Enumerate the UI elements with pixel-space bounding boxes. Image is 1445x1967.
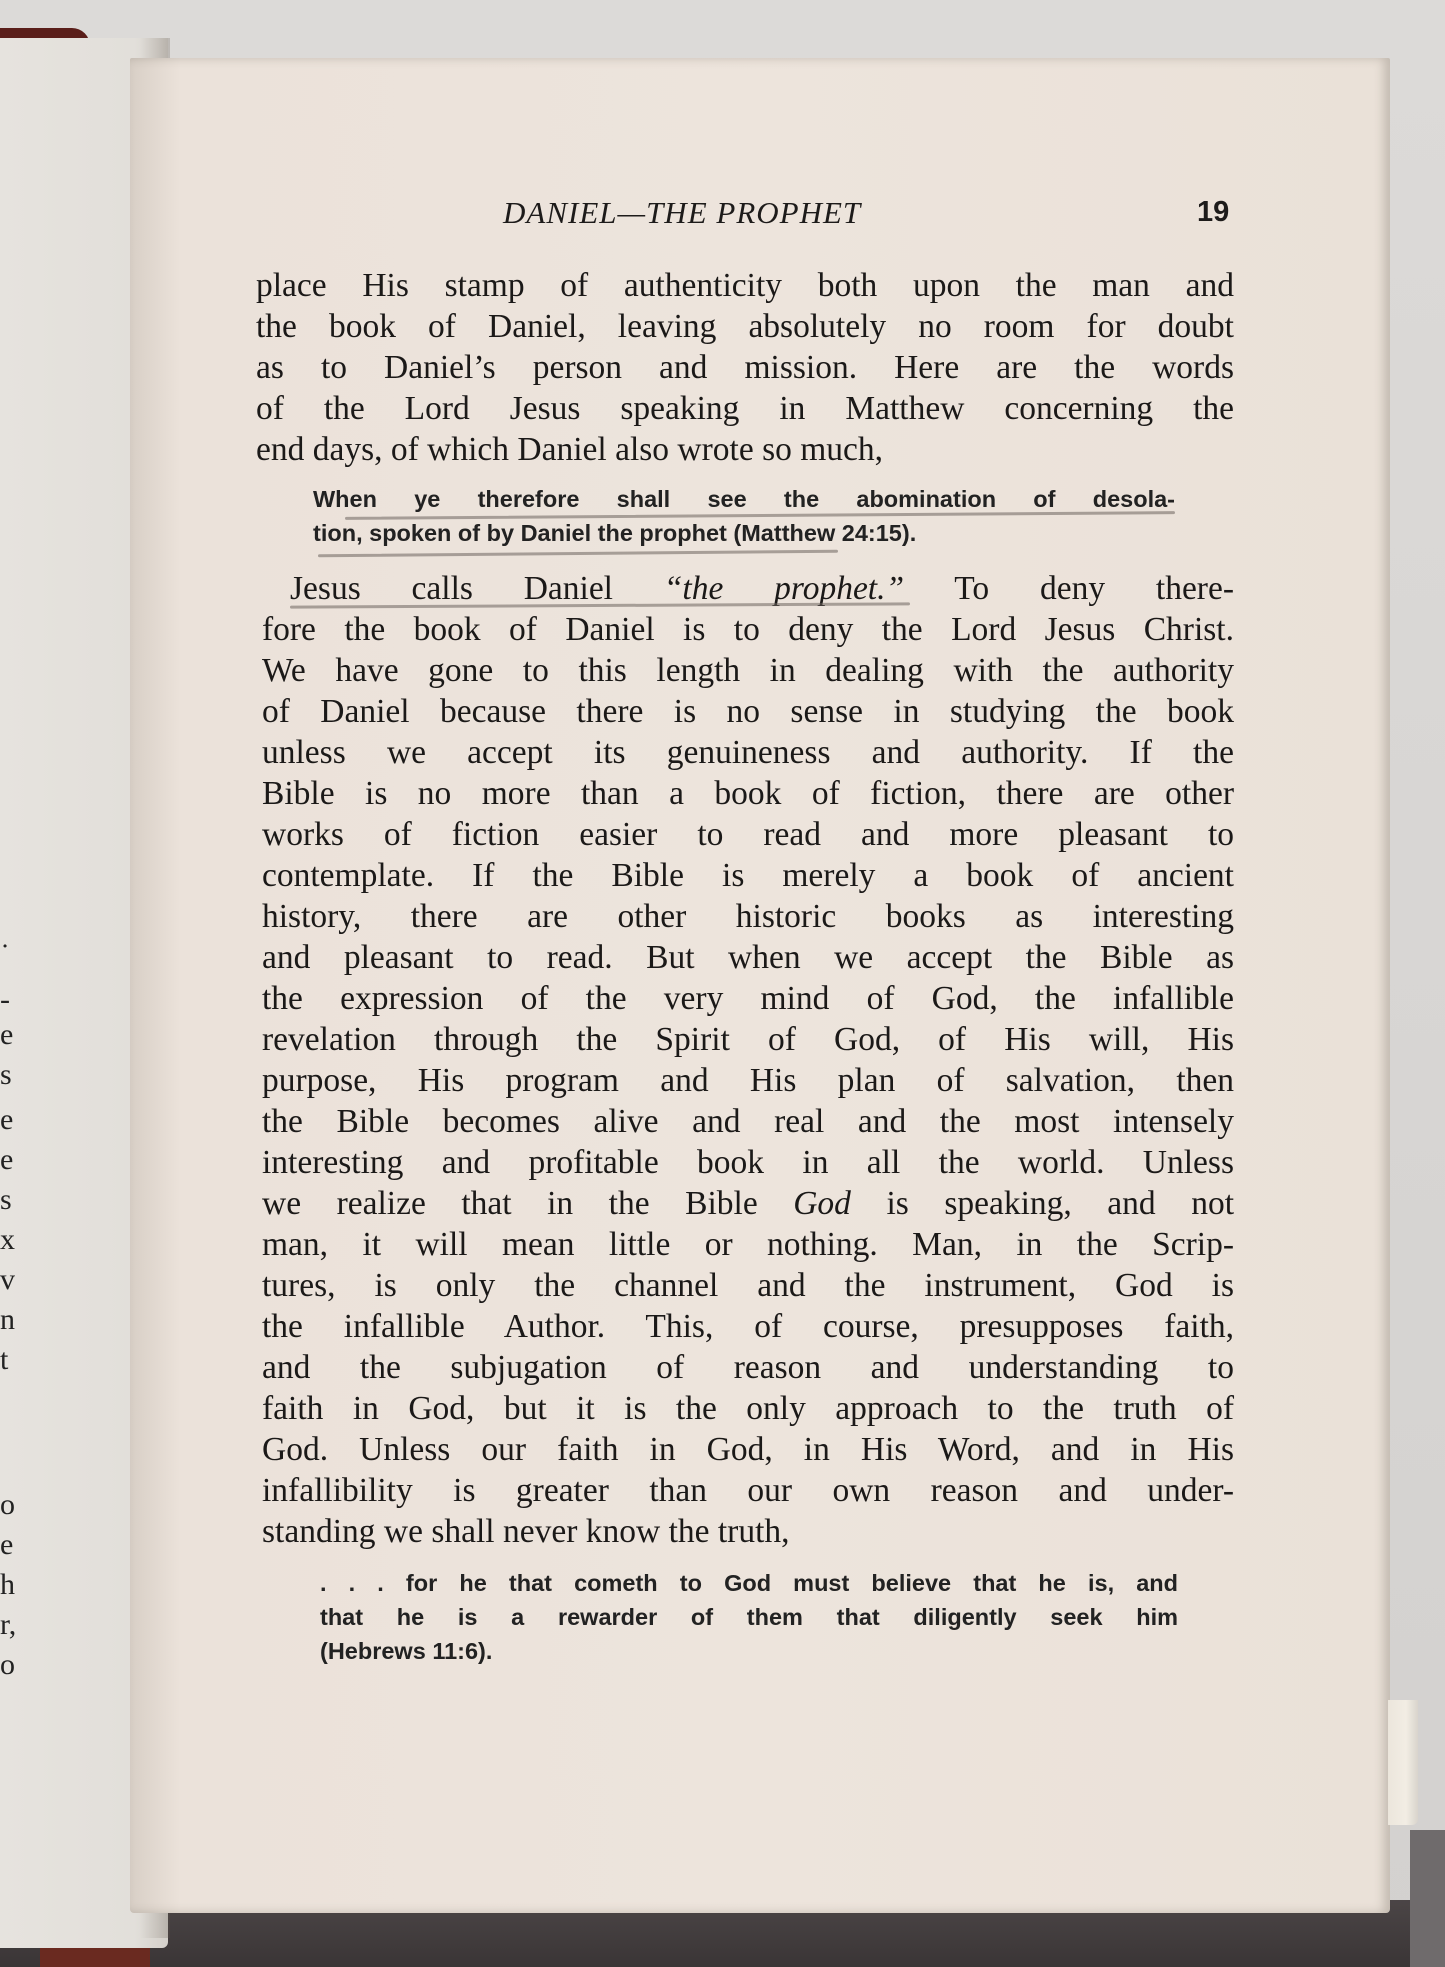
facing-page-fragment: e (0, 1105, 13, 1135)
text-line: purpose, His program and His plan of sal… (262, 1060, 1234, 1101)
text-line: faith in God, but it is the only approac… (262, 1388, 1234, 1429)
text-line: works of fiction easier to read and more… (262, 814, 1234, 855)
running-title: DANIEL—THE PROPHET (503, 195, 861, 231)
text-line: infallibility is greater than our own re… (262, 1470, 1234, 1511)
quote-line: . . . for he that cometh to God must bel… (320, 1566, 1178, 1600)
facing-page-fragment: s (0, 1060, 12, 1090)
text-line: place His stamp of authenticity both upo… (256, 265, 1234, 306)
text-line: unless we accept its genuineness and aut… (262, 732, 1234, 773)
facing-page-fragment: n (0, 1305, 15, 1335)
facing-page-fragment: s (0, 1185, 12, 1215)
running-head: DANIEL—THE PROPHET 19 (130, 195, 1390, 235)
text-segment: is speaking, and not (851, 1185, 1234, 1222)
text-line: Bible is no more than a book of fiction,… (262, 773, 1234, 814)
facing-page-fragment: e (0, 1020, 13, 1050)
facing-page-fragment: h (0, 1570, 15, 1600)
text-segment: To deny there- (904, 570, 1234, 607)
facing-page-fragment: e (0, 1530, 13, 1560)
text-line: contemplate. If the Bible is merely a bo… (262, 855, 1234, 896)
facing-page-fragment: t (0, 1345, 8, 1375)
facing-page-fragment: x (0, 1225, 15, 1255)
text-line: interesting and profitable book in all t… (262, 1142, 1234, 1183)
text-line: the expression of the very mind of God, … (262, 978, 1234, 1019)
text-line: as to Daniel’s person and mission. Here … (256, 347, 1234, 388)
page-stack-edge (1388, 1700, 1418, 1825)
background-shadow (1410, 1830, 1445, 1967)
text-line: We have gone to this length in dealing w… (262, 650, 1234, 691)
text-line: revelation through the Spirit of God, of… (262, 1019, 1234, 1060)
text-line: fore the book of Daniel is to deny the L… (262, 609, 1234, 650)
facing-page-fragment: ˙ (0, 940, 10, 970)
quote-line: When ye therefore shall see the abominat… (313, 482, 1175, 516)
text-line: history, there are other historic books … (262, 896, 1234, 937)
text-line: man, it will mean little or nothing. Man… (262, 1224, 1234, 1265)
text-line: the book of Daniel, leaving absolutely n… (256, 306, 1234, 347)
italic-quote-the-prophet: “the prophet.” (664, 570, 904, 607)
paragraph-2: Jesus calls Daniel “the prophet.” To den… (262, 568, 1234, 1552)
block-quote-hebrews: . . . for he that cometh to God must bel… (320, 1566, 1178, 1668)
facing-page-fragment: v (0, 1265, 15, 1295)
text-line: the Bible becomes alive and real and the… (262, 1101, 1234, 1142)
quote-line: (Hebrews 11:6). (320, 1634, 1178, 1668)
quote-line: tion, spoken of by Daniel the prophet (M… (313, 516, 1175, 550)
text-line: of the Lord Jesus speaking in Matthew co… (256, 388, 1234, 429)
page-number: 19 (1197, 196, 1229, 229)
text-line: and pleasant to read. But when we accept… (262, 937, 1234, 978)
facing-page-fragment: o (0, 1490, 15, 1520)
text-line: we realize that in the Bible God is spea… (262, 1183, 1234, 1224)
text-line: of Daniel because there is no sense in s… (262, 691, 1234, 732)
text-line: and the subjugation of reason and unders… (262, 1347, 1234, 1388)
italic-god: God (793, 1185, 851, 1222)
text-line: tures, is only the channel and the instr… (262, 1265, 1234, 1306)
text-line: the infallible Author. This, of course, … (262, 1306, 1234, 1347)
paragraph-1: place His stamp of authenticity both upo… (256, 265, 1234, 470)
quote-line: that he is a rewarder of them that dilig… (320, 1600, 1178, 1634)
text-line: standing we shall never know the truth, (262, 1511, 1234, 1552)
facing-page-fragment: e (0, 1145, 13, 1175)
facing-page-fragment: r, (0, 1610, 16, 1640)
text-segment: Jesus calls Daniel (290, 570, 664, 607)
facing-page-fragment: o (0, 1650, 15, 1680)
text-segment: we realize that in the Bible (262, 1185, 793, 1222)
text-line: end days, of which Daniel also wrote so … (256, 429, 1234, 470)
facing-page-text-fragments: ˙-eseesxvntoehr,o (0, 0, 30, 1967)
facing-page-fragment: - (0, 985, 10, 1015)
text-line: God. Unless our faith in God, in His Wor… (262, 1429, 1234, 1470)
